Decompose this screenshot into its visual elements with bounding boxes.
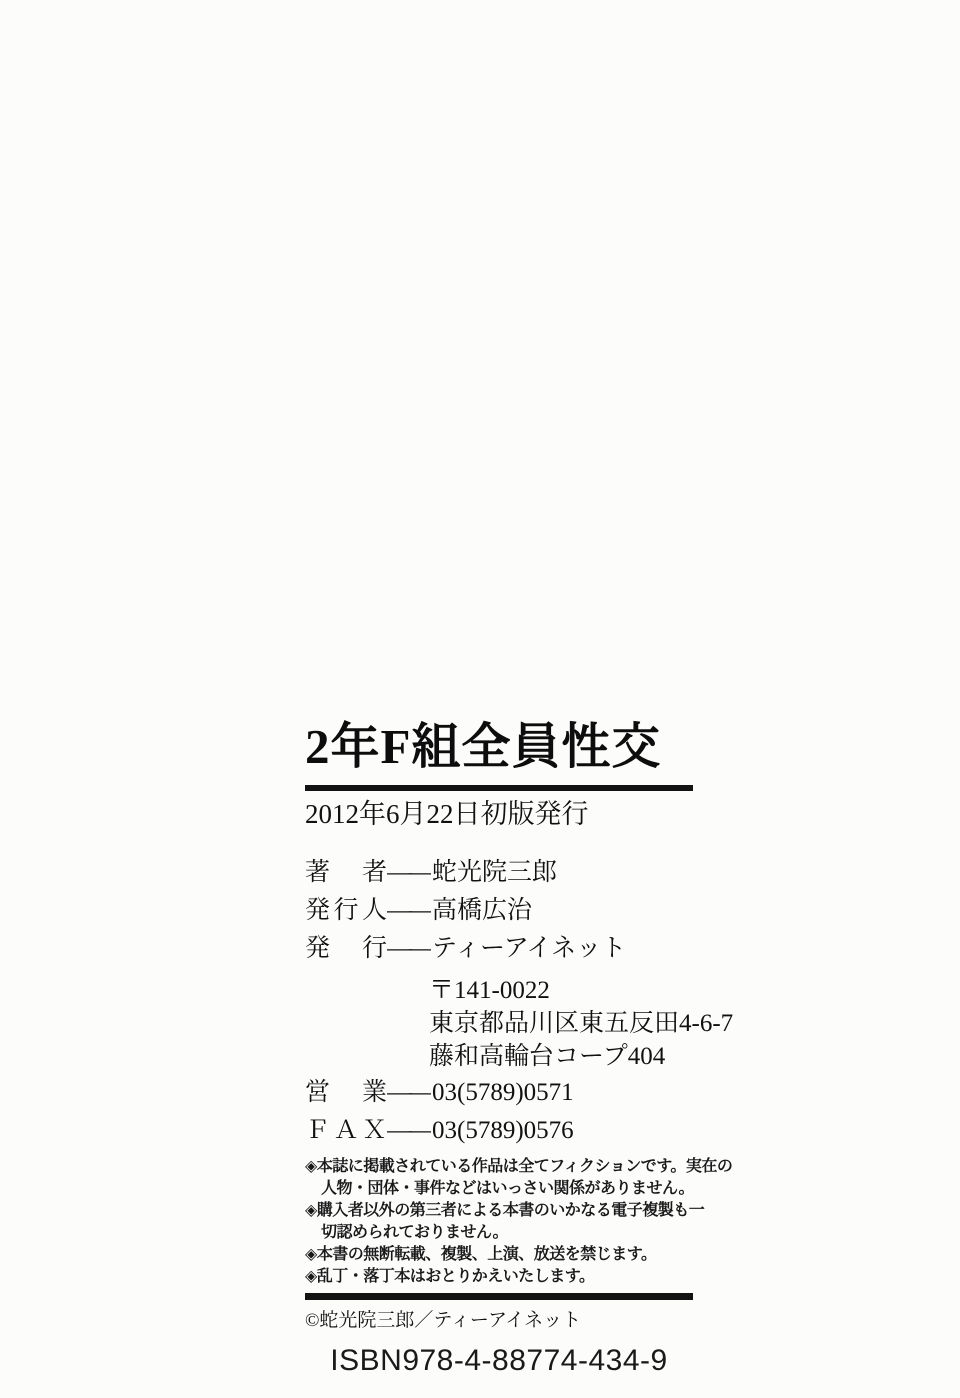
dash-connector: —— [387,936,431,962]
legal-notices: ◈本誌に掲載されている作品は全てフィクションです。実在の 人物・団体・事件などは… [305,1156,693,1288]
publisher-label: 発 行 [305,936,387,962]
author-row: 著 者 —— 蛇光院三郎 [305,860,693,886]
notice-copy-line-1: ◈購入者以外の第三者による本書のいかなる電子複製も一 [305,1200,693,1222]
dash-connector: —— [387,1118,431,1144]
author-label: 著 者 [305,860,387,886]
notice-fiction-line-2: 人物・団体・事件などはいっさい関係がありません。 [305,1178,693,1200]
sales-phone-row: 営 業 —— 03(5789)0571 [305,1080,693,1106]
address-line-1: 東京都品川区東五反田4-6-7 [429,1007,693,1040]
postal-code: 〒141-0022 [429,974,693,1007]
isbn-number: ISBN978-4-88774-434-9 [305,1345,693,1377]
publication-info-rows: 著 者 —— 蛇光院三郎 発行人 —— 高橋広治 発 行 —— ティーアイネット [305,860,693,962]
dash-connector: —— [387,898,431,924]
dash-connector: —— [387,1080,431,1106]
bottom-rule [305,1293,693,1300]
sales-phone-number: 03(5789)0571 [432,1080,574,1106]
issuer-person-row: 発行人 —— 高橋広治 [305,898,693,924]
author-name: 蛇光院三郎 [432,860,557,886]
notice-fiction-line-1: ◈本誌に掲載されている作品は全てフィクションです。実在の [305,1156,693,1178]
title-underline-rule [305,785,693,791]
dash-connector: —— [387,860,431,886]
sales-label: 営 業 [305,1080,387,1106]
copyright-line: ©蛇光院三郎／ティーアイネット [305,1309,693,1333]
fax-label: ＦＡＸ [305,1118,387,1144]
contact-rows: 営 業 —— 03(5789)0571 ＦＡＸ —— 03(5789)0576 [305,1080,693,1144]
fax-number: 03(5789)0576 [432,1118,574,1144]
book-title: 2年F組全員性交 [305,718,693,776]
fax-row: ＦＡＸ —— 03(5789)0576 [305,1118,693,1144]
colophon-block: 2年F組全員性交 2012年6月22日初版発行 著 者 —— 蛇光院三郎 発行人… [305,718,693,1377]
notice-copy-line-2: 切認められておりません。 [305,1222,693,1244]
address-line-2: 藤和高輪台コープ404 [429,1040,693,1073]
issuer-person-label: 発行人 [305,898,387,924]
publisher-address: 〒141-0022 東京都品川区東五反田4-6-7 藤和高輪台コープ404 [429,974,693,1073]
issuer-person-name: 高橋広治 [432,898,532,924]
publisher-row: 発 行 —— ティーアイネット [305,936,693,962]
notice-defective-copy: ◈乱丁・落丁本はおとりかえいたします。 [305,1266,693,1288]
notice-reprint: ◈本書の無断転載、複製、上演、放送を禁じます。 [305,1244,693,1266]
scanned-colophon-page: 2年F組全員性交 2012年6月22日初版発行 著 者 —— 蛇光院三郎 発行人… [0,0,960,1398]
publisher-name: ティーアイネット [432,936,626,962]
edition-date: 2012年6月22日初版発行 [305,799,693,829]
